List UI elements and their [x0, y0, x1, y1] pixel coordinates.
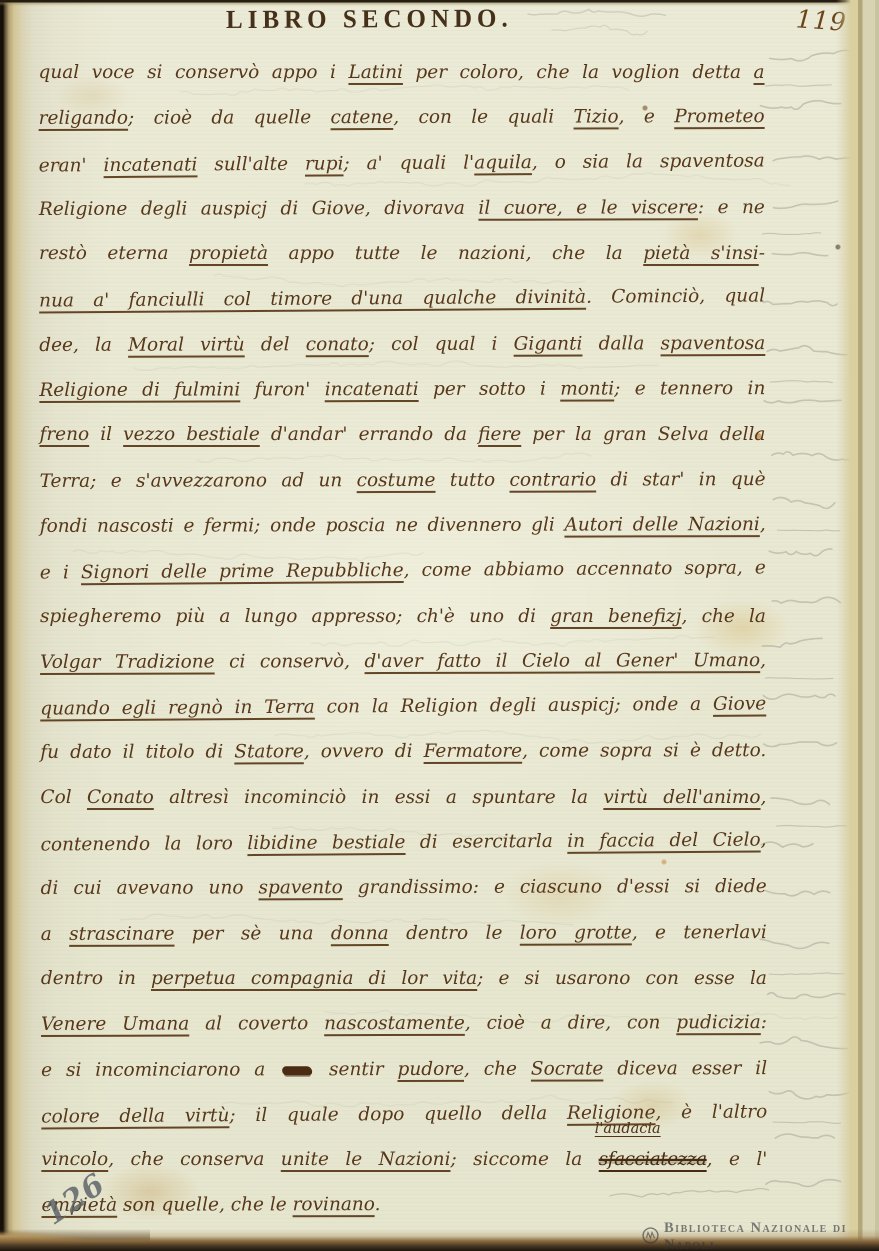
- manuscript-line: religando; cioè da quelle catene, con le…: [39, 94, 765, 141]
- manuscript-line: dee, la Moral virtù del conato; col qual…: [39, 321, 765, 368]
- manuscript-line: Venere Umana al coverto nascostamente, c…: [41, 1000, 767, 1047]
- manuscript-line: freno il vezzo bestiale d'andar' errando…: [39, 412, 765, 457]
- manuscript-line: fu dato il titolo di Statore, ovvero di …: [40, 729, 766, 776]
- manuscript-line: contenendo la loro libidine bestiale di …: [40, 818, 766, 868]
- manuscript-line: di cui avevano uno spavento grandissimo:…: [41, 864, 767, 911]
- manuscript-line: Religione degli auspicj di Giove, divora…: [39, 185, 765, 232]
- manuscript-line: e si incominciarono a sentir pudore, che…: [41, 1046, 767, 1093]
- manuscript-line: dentro in perpetua compagnia di lor vita…: [41, 956, 767, 1001]
- struck-word: sfacciatezza: [599, 1149, 707, 1170]
- manuscript-line: fondi nascosti e fermi; onde poscia ne d…: [40, 502, 766, 549]
- ink-blot-deletion: [282, 1066, 312, 1075]
- library-watermark: Biblioteca Nazionale di Napoli: [642, 1220, 879, 1251]
- manuscript-line: a strascinare per sè una donna dentro le…: [41, 910, 767, 957]
- manuscript-line: vincolo, che conserva unite le Nazioni; …: [41, 1137, 767, 1182]
- manuscript-line: Col Conato altresì incominciò in essi a …: [40, 775, 766, 820]
- manuscript-line: qual voce si conservò appo i Latini per …: [39, 50, 765, 95]
- manuscript-line: Volgar Tradizione ci conservò, d'aver fa…: [40, 638, 766, 685]
- manuscript-line: eran' incatenati sull'alte rupi; a' qual…: [39, 138, 765, 188]
- manuscript-line: spiegheremo più a lungo appresso; ch'è u…: [40, 594, 766, 639]
- library-logo-icon: [642, 1227, 659, 1248]
- library-watermark-text: Biblioteca Nazionale di Napoli: [664, 1220, 879, 1251]
- manuscript-line: Religione di fulmini furon' incatenati p…: [39, 366, 765, 413]
- manuscript-line: nua a' fanciulli col timore d'una qualch…: [39, 274, 765, 324]
- page-number: 119: [795, 4, 848, 36]
- page-title: LIBRO SECONDO.: [226, 5, 513, 36]
- manuscript-line: restò eterna propietà appo tutte le nazi…: [39, 231, 765, 276]
- manuscript-scan: LIBRO SECONDO. 119 qual voce si conservò…: [0, 0, 879, 1251]
- manuscript-text-block: qual voce si conservò appo i Latini per …: [38, 49, 767, 1229]
- interlinear-insertion: l'audacia: [595, 1122, 661, 1136]
- manuscript-line: Terra; e s'avvezzarono ad un costume tut…: [40, 457, 766, 504]
- manuscript-line: e i Signori delle prime Repubbliche, com…: [40, 546, 766, 596]
- manuscript-line: quando egli regnò in Terra con la Religi…: [40, 682, 766, 732]
